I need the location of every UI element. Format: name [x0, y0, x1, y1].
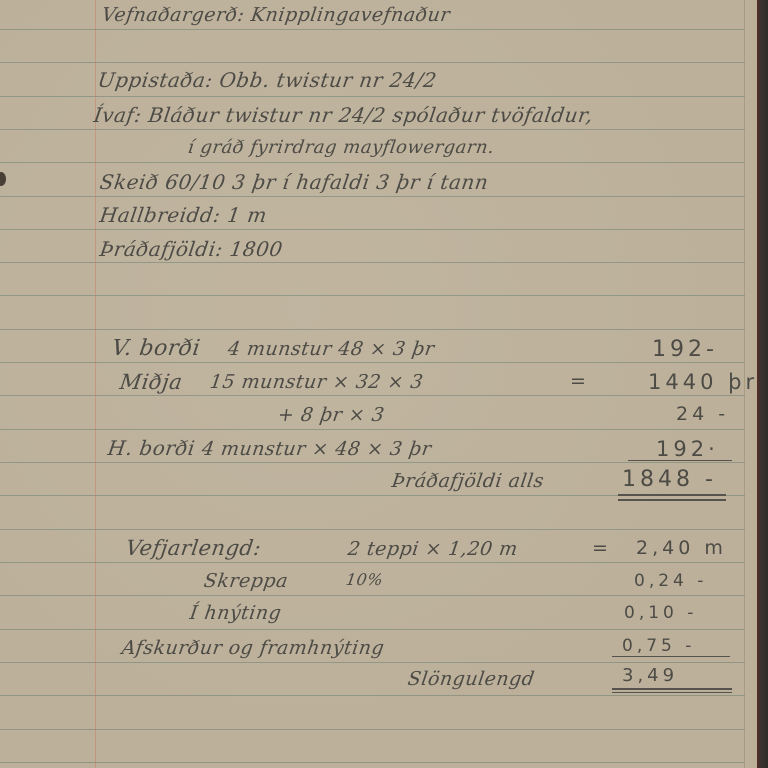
subtotal-underline: [612, 656, 730, 657]
warp-total-value: 3,49: [622, 665, 678, 686]
subtotal-underline: [628, 460, 732, 461]
setup-ivaf-2: í gráð fyrirdrag mayflowergarn.: [187, 137, 496, 158]
warp-total-label: Slöngulengd: [406, 668, 536, 690]
setup-uppistada: Uppistaða: Obb. twistur nr 24/2: [96, 68, 438, 92]
total-double-underline-1: [612, 688, 732, 690]
notebook-binding: [757, 0, 768, 768]
setup-breidd: Hallbreidd: 1 m: [98, 203, 268, 227]
notebook-page: Vefnaðargerð: Knipplingavefnaður Uppista…: [0, 0, 757, 768]
setup-ivaf-1: Ívaf: Bláður twistur nr 24/2 spólaður tv…: [92, 103, 594, 127]
thread-total-label: Þráðafjöldi alls: [390, 470, 545, 492]
total-double-underline-1: [618, 494, 726, 496]
page-title: Vefnaðargerð: Knipplingavefnaður: [100, 4, 451, 26]
setup-skeid: Skeið 60/10 3 þr í hafaldi 3 þr í tann: [98, 170, 490, 194]
total-double-underline-2: [612, 692, 732, 693]
setup-thradafjoldi: Þráðafjöldi: 1800: [98, 237, 284, 261]
thread-total-value: 1848 -: [622, 467, 717, 492]
total-double-underline-2: [618, 499, 726, 501]
